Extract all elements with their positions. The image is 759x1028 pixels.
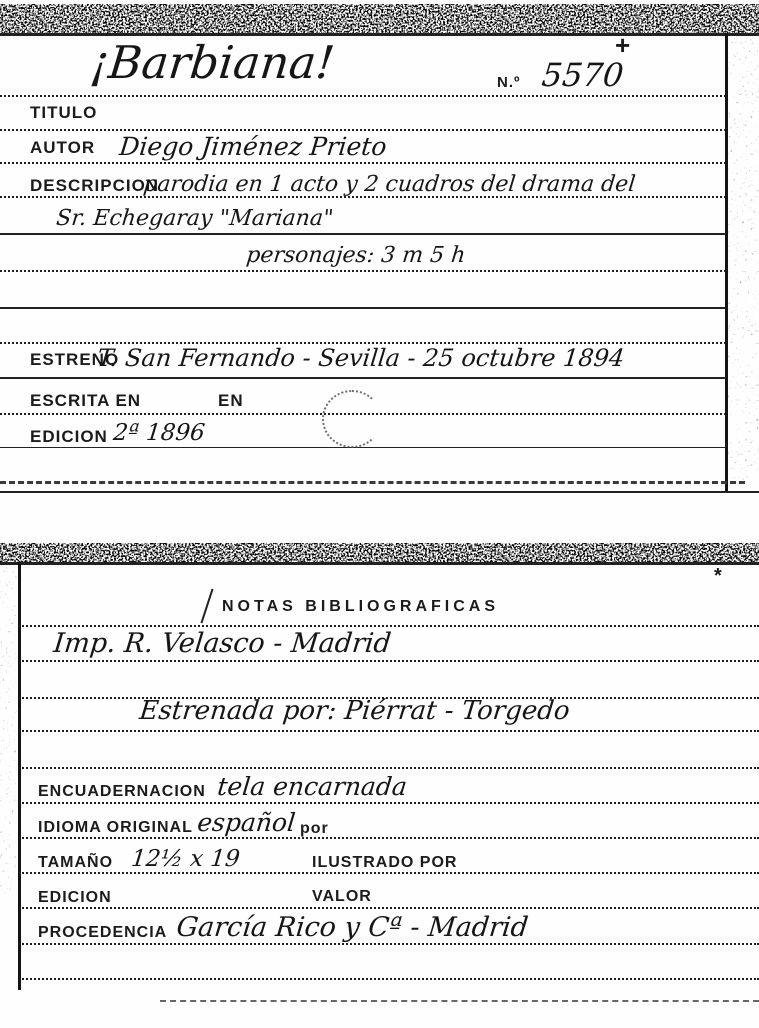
ruled-line bbox=[19, 802, 759, 804]
ruled-line bbox=[0, 270, 726, 272]
scan-speckle-right-margin bbox=[728, 36, 759, 486]
ruled-line bbox=[19, 837, 759, 839]
scan-speckle-left-margin bbox=[0, 565, 17, 895]
ruled-line bbox=[19, 625, 759, 627]
ruled-line bbox=[19, 872, 759, 874]
edicion-label: EDICION bbox=[30, 427, 108, 447]
ilustrado-por-label: ILUSTRADO POR bbox=[312, 854, 457, 872]
number-label: N.º bbox=[497, 74, 520, 91]
title-handwritten: ¡Barbiana! bbox=[88, 36, 337, 89]
tamano-value: 12½ x 19 bbox=[130, 846, 241, 872]
autor-label: AUTOR bbox=[30, 138, 95, 158]
card-top-edge-line-2 bbox=[0, 562, 759, 565]
autor-value: Diego Jiménez Prieto bbox=[118, 132, 388, 161]
ruled-line bbox=[19, 730, 759, 732]
por-label: por bbox=[300, 820, 329, 838]
idioma-original-value: español bbox=[196, 808, 297, 837]
edicion-label-2: EDICION bbox=[38, 889, 112, 907]
asterisk-mark: * bbox=[714, 565, 722, 588]
ruled-line bbox=[19, 907, 759, 909]
scan-noise-band-top bbox=[0, 4, 759, 33]
ruled-line bbox=[0, 129, 726, 131]
card-bottom-dashed-edge bbox=[0, 481, 745, 484]
personajes-line: personajes: 3 m 5 h bbox=[245, 243, 467, 268]
idioma-original-label: IDIOMA ORIGINAL bbox=[38, 819, 193, 837]
notas-header: NOTAS BIBLIOGRAFICAS bbox=[222, 598, 499, 616]
valor-label: VALOR bbox=[312, 888, 372, 906]
scanned-catalog-card-page: ¡Barbiana! N.º 5570 + TITULO AUTOR Diego… bbox=[0, 0, 759, 1028]
ruled-line bbox=[0, 307, 726, 309]
card-bottom-edge-line bbox=[0, 491, 759, 493]
plus-mark: + bbox=[615, 30, 630, 61]
descripcion-line2: Sr. Echegaray "Mariana" bbox=[55, 206, 334, 231]
procedencia-value: García Rico y Cª - Madrid bbox=[175, 912, 530, 943]
ruled-line bbox=[19, 943, 759, 945]
encuadernacion-value: tela encarnada bbox=[216, 772, 408, 801]
scan-noise-band-bottom bbox=[0, 543, 759, 563]
descripcion-line1: parodia en 1 acto y 2 cuadros del drama … bbox=[142, 172, 637, 197]
ruled-line bbox=[0, 95, 726, 97]
estreno-value: T. San Fernando - Sevilla - 25 octubre 1… bbox=[96, 344, 626, 372]
number-value: 5570 bbox=[540, 56, 625, 94]
ruled-line bbox=[0, 377, 726, 379]
ruled-line bbox=[19, 660, 759, 662]
descripcion-label: DESCRIPCION bbox=[30, 176, 159, 196]
scan-artifact-dashes bbox=[160, 1000, 759, 1002]
ruled-line bbox=[0, 162, 726, 164]
stamp-circle bbox=[322, 390, 382, 448]
ruled-line bbox=[0, 233, 726, 235]
nota-line1: Imp. R. Velasco - Madrid bbox=[52, 628, 393, 659]
en-label: EN bbox=[218, 391, 244, 411]
escrita-en-label: ESCRITA EN bbox=[30, 391, 141, 411]
edicion-value: 2ª 1896 bbox=[112, 420, 206, 446]
nota-line2: Estrenada por: Piérrat - Torgedo bbox=[138, 696, 571, 726]
ruled-line bbox=[19, 978, 759, 980]
card-right-border bbox=[725, 33, 728, 493]
encuadernacion-label: ENCUADERNACION bbox=[38, 783, 206, 801]
procedencia-label: PROCEDENCIA bbox=[38, 924, 167, 942]
tamano-label: TAMAÑO bbox=[38, 854, 113, 872]
pen-stroke bbox=[200, 589, 213, 624]
ruled-line bbox=[19, 767, 759, 769]
ruled-line bbox=[0, 447, 726, 448]
titulo-label: TITULO bbox=[30, 103, 97, 123]
